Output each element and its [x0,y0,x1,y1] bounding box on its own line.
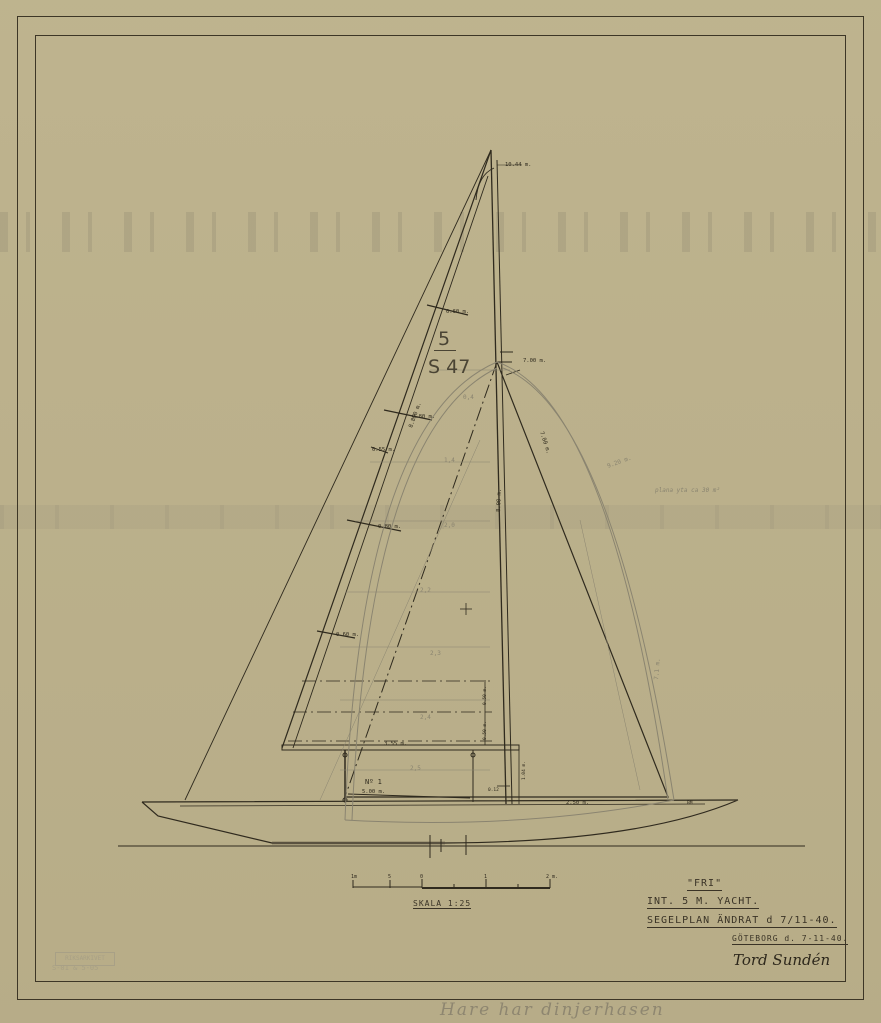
svg-text:5: 5 [388,874,391,880]
svg-text:1: 1 [484,874,487,880]
svg-text:2 m.: 2 m. [546,874,558,880]
sail-number-top: 5 [438,328,450,350]
sail-number-divider [434,350,456,351]
boat-name: "FRI" [687,878,722,891]
svg-text:0.55 m.: 0.55 m. [372,447,395,453]
svg-text:0.12: 0.12 [488,787,499,793]
svg-text:7.00 m.: 7.00 m. [538,431,551,455]
place-date: GÖTEBORG d. 7-11-40. [732,934,848,945]
scale-bar [353,879,550,888]
svg-text:BM: BM [687,800,693,806]
svg-text:1,4: 1,4 [444,457,455,464]
svg-text:1.04 m.: 1.04 m. [521,761,527,780]
sail-number-bottom: S 47 [428,356,470,378]
svg-text:0.50 m.: 0.50 m. [482,721,488,740]
svg-text:2,4: 2,4 [420,714,431,721]
svg-text:1m: 1m [351,874,357,880]
svg-text:9.20 m.: 9.20 m. [606,455,632,470]
archive-stamp-number: S-01 & 5-05 [52,964,98,972]
svg-text:2,2: 2,2 [420,587,431,594]
drawing-subject: SEGELPLAN ÄNDRAT d 7/11-40. [647,915,837,928]
svg-text:2,3: 2,3 [430,650,441,657]
forestay [185,150,491,800]
svg-text:0.60 m.: 0.60 m. [446,309,469,315]
svg-text:5.00 m.: 5.00 m. [362,789,385,795]
svg-text:2.50 m.: 2.50 m. [566,800,589,806]
mast-front [491,150,506,804]
jib-luff [345,362,497,797]
designer-signature: Tord Sundén [733,951,830,969]
svg-text:0.80 m.: 0.80 m. [378,524,401,530]
hull-profile [142,800,738,843]
svg-text:0.50 m.: 0.50 m. [482,686,488,705]
svg-text:10.44 m.: 10.44 m. [505,162,532,168]
scale-label: SKALA 1:25 [413,899,471,909]
svg-text:plana yta ca 30 m²: plana yta ca 30 m² [655,487,720,494]
svg-text:Nº 1: Nº 1 [365,778,382,786]
svg-text:7.1 m.: 7.1 m. [653,658,662,680]
svg-text:7.00 m.: 7.00 m. [523,358,546,364]
svg-text:0,4: 0,4 [463,394,474,401]
svg-text:8.00 m.: 8.00 m. [496,489,503,512]
svg-text:2,0: 2,0 [444,522,455,529]
svg-text:0.60 m.: 0.60 m. [336,632,359,638]
pencil-note-bottom: Hare har dinjerhasen [440,1000,665,1020]
scale-tick-labels: 1m 5 0 1 2 m. [351,874,558,880]
sail-plan-drawing: 10.44 m. 7.00 m. 0.60 m. 0.80 m. 0.55 m.… [0,0,881,1023]
svg-text:3.55 m.: 3.55 m. [384,741,407,747]
boat-class: INT. 5 M. YACHT. [647,896,759,909]
svg-text:0: 0 [420,874,423,880]
sheer-line [180,804,705,806]
svg-text:2,5: 2,5 [410,765,421,772]
